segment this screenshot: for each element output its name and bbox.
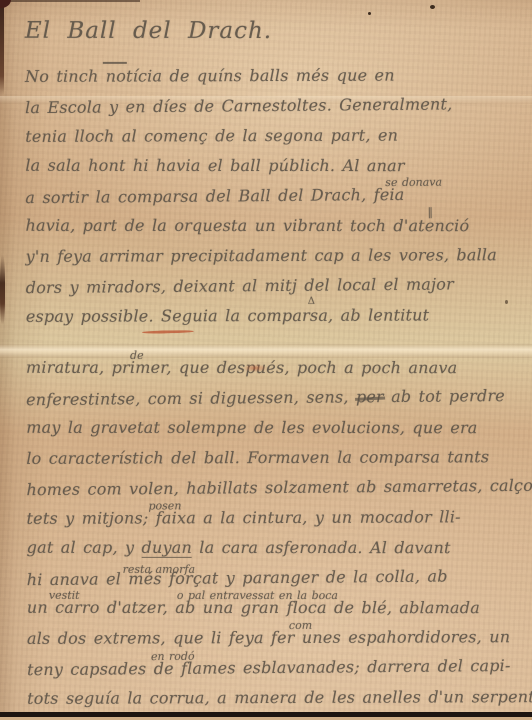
scan-edge-left-top bbox=[0, 0, 4, 95]
handwriting-text: dors y miradors, deixant al mitj del loc… bbox=[26, 274, 454, 297]
ink-speck bbox=[368, 12, 371, 15]
manuscript-line: la Escola y en díes de Carnestoltes. Gen… bbox=[25, 94, 523, 128]
manuscript-line: gat al cap, y duyan la cara asferonada. … bbox=[27, 538, 525, 568]
handwriting-text: may la gravetat solempne de les evolucio… bbox=[26, 418, 477, 437]
handwriting-text: gat al cap, y bbox=[27, 538, 142, 557]
handwriting-text: a sortir la comparsa del Ball del Drach,… bbox=[25, 185, 404, 207]
manuscript-line: als dos extrems, que li feya fer unes es… bbox=[27, 627, 525, 659]
dash-mark bbox=[103, 62, 127, 64]
manuscript-line: a sortir la comparsa del Ball del Drach,… bbox=[25, 184, 523, 218]
caret-mark: Δ bbox=[308, 296, 315, 307]
manuscript-line: havia, part de la orquesta un vibrant to… bbox=[26, 216, 524, 246]
handwriting-text: homes com volen, habillats solzament ab … bbox=[26, 476, 532, 499]
page-title: El Ball del Drach. bbox=[25, 12, 523, 66]
interline-insertion: de bbox=[130, 349, 144, 362]
manuscript-line: y'n feya arrimar precipitadament cap a l… bbox=[26, 245, 524, 277]
manuscript-line: may la gravetat solempne de les evolucio… bbox=[26, 418, 524, 448]
manuscript-line: tets y mitjons; faixa a la cintura, y un… bbox=[27, 507, 525, 539]
interline-insertion: en rodó bbox=[151, 650, 195, 663]
corner-ink-stain bbox=[0, 0, 11, 8]
manuscript-line: enferestintse, com si diguessen, sens, p… bbox=[26, 386, 524, 420]
ink-speck bbox=[505, 300, 508, 304]
handwriting-text: la sala hont hi havia el ball públich. A… bbox=[25, 156, 404, 175]
manuscript-line: la sala hont hi havia el ball públich. A… bbox=[25, 156, 523, 186]
handwriting-text: hi anava el més forçat y paranger de la … bbox=[27, 566, 448, 589]
manuscript-lines: El Ball del Drach.No tinch notícia de qu… bbox=[25, 11, 525, 719]
manuscript-line: un carro d'atzer, ab una gran floca de b… bbox=[27, 598, 525, 628]
manuscript-line: dors y miradors, deixant al mitj del loc… bbox=[26, 274, 524, 308]
handwriting-text: espay possible. Seguia la comparsa, ab l… bbox=[26, 305, 430, 325]
handwriting-text: la Escola y en díes de Carnestoltes. Gen… bbox=[25, 94, 452, 117]
handwriting-text: enferestintse, com si diguessen, sens, bbox=[26, 387, 356, 409]
scan-edge-left-mid bbox=[0, 255, 5, 325]
red-pencil-smudge bbox=[242, 364, 268, 372]
manuscript-line: espay possible. Seguia la comparsa, ab l… bbox=[26, 305, 524, 337]
handwriting-text: lo característich del ball. Formaven la … bbox=[26, 447, 489, 468]
scan-edge-top bbox=[0, 0, 140, 2]
manuscript-page: El Ball del Drach.No tinch notícia de qu… bbox=[0, 0, 532, 720]
interline-insertion: com bbox=[289, 619, 312, 632]
handwriting-text: y'n feya arrimar precipitadament cap a l… bbox=[26, 245, 497, 266]
manuscript-line: tenia lloch al començ de la segona part,… bbox=[25, 125, 523, 157]
handwriting-text: tots seguía la corrua, a manera de les a… bbox=[27, 687, 532, 708]
handwriting-text: tenia lloch al començ de la segona part,… bbox=[25, 126, 398, 146]
handwriting-text: havia, part de la orquesta un vibrant to… bbox=[26, 216, 470, 235]
interline-insertion: vestit bbox=[49, 589, 80, 602]
handwriting-text: als dos extrems, que li feya fer unes es… bbox=[27, 627, 510, 648]
manuscript-line: miratura, primer, que después, poch a po… bbox=[26, 358, 524, 388]
manuscript-line: lo característich del ball. Formaven la … bbox=[26, 447, 524, 479]
handwriting-text: tets y mitjons; faixa a la cintura, y un… bbox=[27, 507, 461, 528]
manuscript-line: No tinch notícia de quíns balls més que … bbox=[25, 65, 523, 97]
handwriting-text: la cara asferonada. Al davant bbox=[192, 538, 451, 557]
handwriting-text: El Ball del Drach. bbox=[25, 18, 272, 44]
red-underline-mark bbox=[142, 330, 194, 334]
ink-speck bbox=[430, 5, 435, 9]
interline-insertion: se donava bbox=[385, 176, 442, 189]
handwriting-text: No tinch notícia de quíns balls més que … bbox=[25, 66, 395, 86]
handwriting-text: ab tot perdre bbox=[384, 386, 505, 406]
interline-insertion: o pal entravessat en la boca bbox=[177, 589, 338, 602]
manuscript-line: homes com volen, habillats solzament ab … bbox=[26, 476, 524, 510]
manuscript-line: teny capsades de flames esblavanades; da… bbox=[27, 656, 525, 690]
interline-insertion: posen bbox=[148, 499, 181, 512]
struck-word: per bbox=[356, 387, 384, 406]
handwriting-text: teny capsades de flames esblavanades; da… bbox=[27, 656, 511, 679]
underlined-word: duyan bbox=[142, 538, 192, 558]
